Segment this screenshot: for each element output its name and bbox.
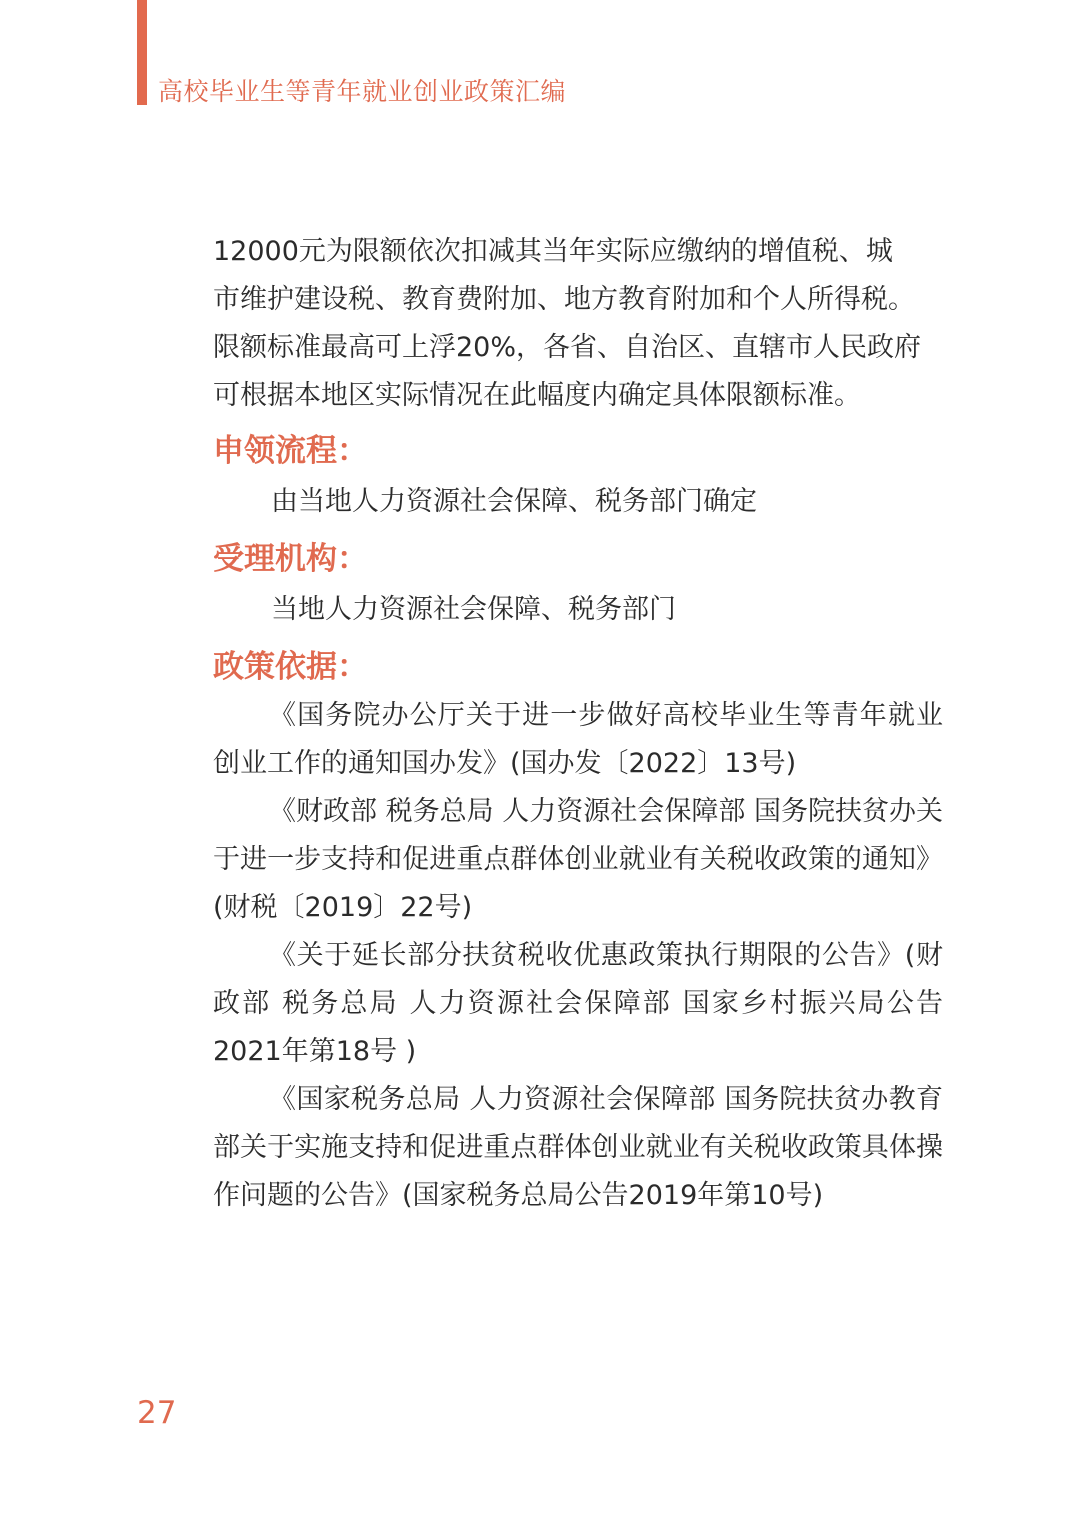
- intro-paragraph: 12000元为限额依次扣减其当年实际应缴纳的增值税、城市维护建设税、教育费附加、…: [213, 228, 943, 420]
- policy-reference: 《国务院办公厅关于进一步做好高校毕业生等青年就业创业工作的通知国办发》(国办发〔…: [213, 692, 943, 788]
- policy-reference: 《关于延长部分扶贫税收优惠政策执行期限的公告》(财政部 税务总局 人力资源社会保…: [213, 932, 943, 1076]
- intro-line: 限额标准最高可上浮20%，各省、自治区、直辖市人民政府: [213, 332, 921, 363]
- handling-agency-text: 当地人力资源社会保障、税务部门: [213, 584, 943, 636]
- header-accent-bar: [137, 0, 147, 105]
- document-title: 高校毕业生等青年就业创业政策汇编: [158, 76, 566, 108]
- intro-line: 市维护建设税、教育费附加、地方教育附加和个人所得税。: [213, 284, 915, 315]
- page-number: 27: [137, 1393, 176, 1433]
- intro-line: 可根据本地区实际情况在此幅度内确定具体限额标准。: [213, 380, 861, 411]
- section-heading-application-process: 申领流程：: [213, 426, 943, 476]
- policy-reference: 《财政部 税务总局 人力资源社会保障部 国务院扶贫办关于进一步支持和促进重点群体…: [213, 788, 943, 932]
- page-content: 12000元为限额依次扣减其当年实际应缴纳的增值税、城市维护建设税、教育费附加、…: [213, 228, 943, 1220]
- intro-line: 12000元为限额依次扣减其当年实际应缴纳的增值税、城: [213, 236, 893, 267]
- section-heading-policy-basis: 政策依据：: [213, 642, 943, 692]
- application-process-text: 由当地人力资源社会保障、税务部门确定: [213, 476, 943, 528]
- policy-reference: 《国家税务总局 人力资源社会保障部 国务院扶贫办教育部关于实施支持和促进重点群体…: [213, 1076, 943, 1220]
- section-heading-handling-agency: 受理机构：: [213, 534, 943, 584]
